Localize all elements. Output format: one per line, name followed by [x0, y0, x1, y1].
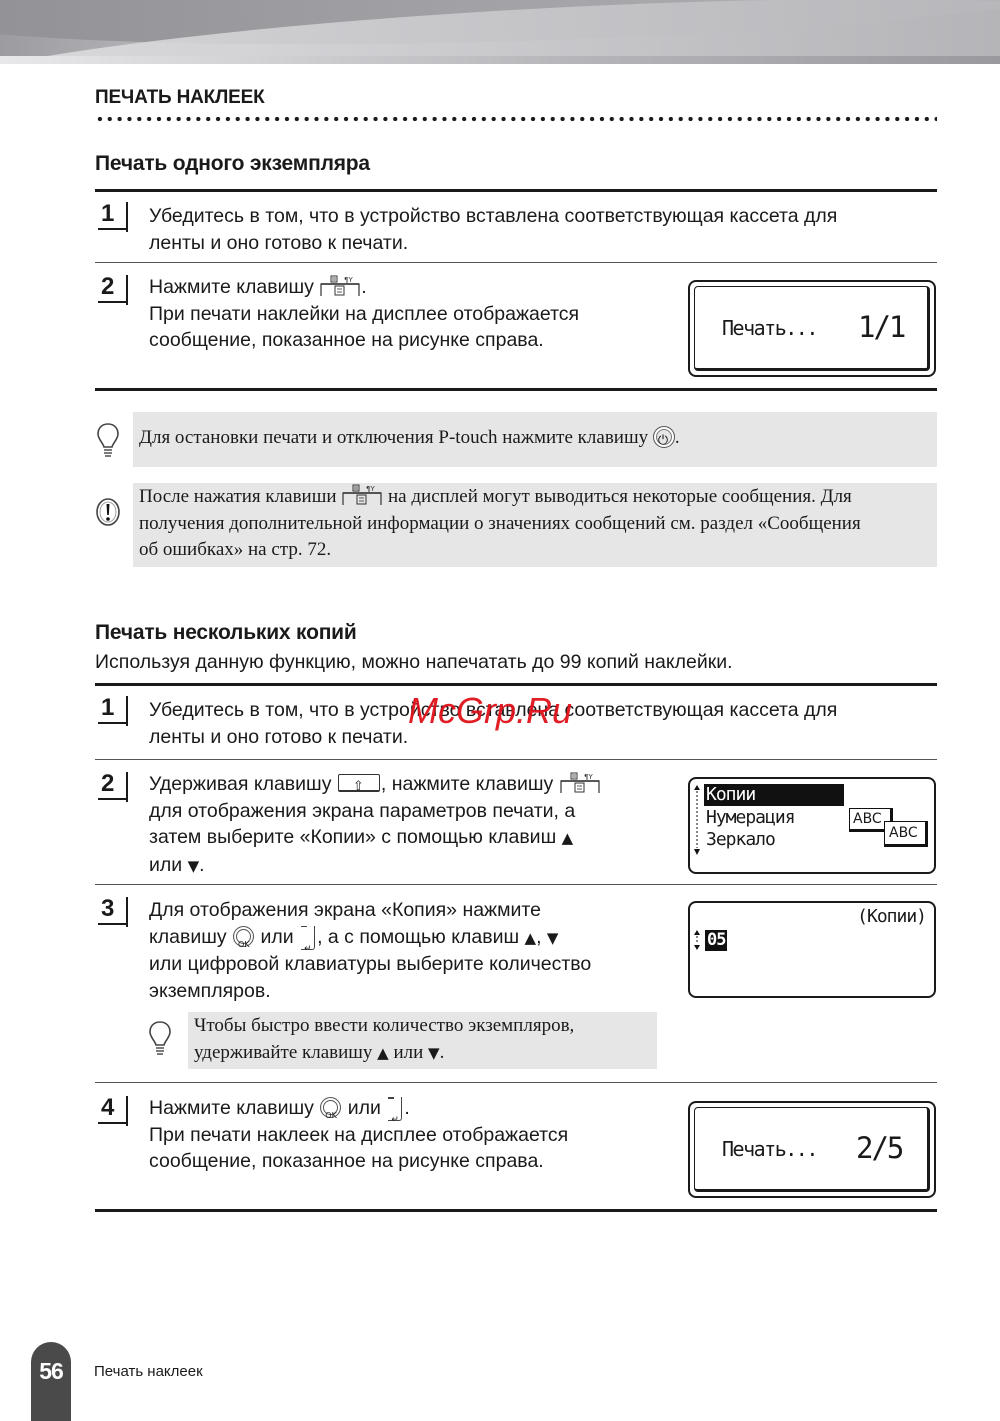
down-arrow-icon: ▼: [428, 1044, 440, 1062]
svg-text:¶Y: ¶Y: [366, 485, 375, 493]
step-line: Нажмите клавишу ¶Y .: [149, 274, 579, 301]
hint-note: Чтобы быстро ввести количество экземпляр…: [188, 1012, 657, 1069]
note-line: получения дополнительной информации о зн…: [139, 511, 931, 538]
scroll-indicator-icon: [693, 785, 701, 855]
exclamation-icon: [94, 497, 122, 532]
step-number: 1: [98, 696, 130, 726]
page-number: 56: [31, 1358, 71, 1385]
step-number: 3: [98, 897, 130, 927]
step-line: сообщение, показанное на рисунке справа.: [149, 1148, 568, 1175]
divider: [95, 884, 937, 885]
step-text: Нажмите клавишу ¶Y . При печати наклейки…: [149, 274, 579, 354]
ok-key-icon: [320, 1097, 341, 1118]
lightbulb-icon: [96, 422, 120, 465]
lcd-menu-item: Зеркало: [706, 829, 775, 851]
power-key-icon: [653, 426, 675, 448]
divider: [95, 1209, 937, 1212]
copies-value: 05: [705, 930, 727, 951]
step-number: 2: [98, 772, 130, 802]
updown-indicator-icon: [693, 930, 701, 950]
lcd-label: Печать...: [722, 1137, 817, 1161]
watermark: McGrp.Ru: [408, 690, 572, 732]
note-line: об ошибках» на стр. 72.: [139, 537, 931, 564]
step-number: 2: [98, 275, 130, 305]
caution-note: После нажатия клавиши ¶Y на дисплей могу…: [133, 483, 937, 567]
banner-decoration: [0, 56, 1000, 64]
lcd-display-print-progress: Печать... 2/5: [688, 1101, 936, 1198]
step-line: экземпляров.: [149, 978, 591, 1005]
note-line: Чтобы быстро ввести количество экземпляр…: [194, 1013, 651, 1040]
step-number: 1: [98, 202, 130, 232]
divider: [95, 1082, 937, 1083]
section-title-multiple-copies: Печать нескольких копий: [95, 621, 357, 645]
step-text: Убедитесь в том, что в устройство вставл…: [149, 203, 837, 256]
ok-key-icon: [233, 926, 254, 947]
enter-key-icon: [301, 926, 315, 950]
step-line: затем выберите «Копии» с помощью клавиш …: [149, 824, 601, 852]
up-arrow-icon: ▲: [562, 829, 574, 847]
lcd-counter: 1/1: [858, 310, 904, 344]
dotted-divider: [95, 116, 937, 122]
shift-key-icon: [338, 774, 380, 792]
divider: [95, 683, 937, 686]
step-line: При печати наклейки на дисплее отображае…: [149, 301, 579, 328]
step-text: Удерживая клавишу , нажмите клавишу ¶Y д…: [149, 771, 601, 879]
down-arrow-icon: ▼: [188, 857, 200, 875]
divider: [95, 189, 937, 192]
divider: [95, 388, 937, 391]
step-text: Для отображения экрана «Копия» нажмите к…: [149, 897, 591, 1004]
note-line: После нажатия клавиши ¶Y на дисплей могу…: [139, 484, 931, 511]
footer-section-name: Печать наклеек: [94, 1363, 203, 1380]
step-line: клавишу или , а с помощью клавиш ▲, ▼: [149, 924, 591, 952]
lcd-display-print-options: Копии Нумерация Зеркало ABC ABC: [688, 777, 936, 874]
lcd-counter: 2/5: [856, 1131, 902, 1165]
lcd-label: Печать...: [722, 316, 817, 340]
enter-key-icon: [388, 1097, 402, 1121]
section-title-single-copy: Печать одного экземпляра: [95, 152, 370, 176]
step-line: Удерживая клавишу , нажмите клавишу ¶Y: [149, 771, 601, 798]
svg-text:¶Y: ¶Y: [584, 773, 593, 781]
step-line: Для отображения экрана «Копия» нажмите: [149, 897, 591, 924]
divider: [95, 262, 937, 263]
lcd-menu-item: Нумерация: [706, 807, 795, 829]
hint-note: Для остановки печати и отключения P-touc…: [133, 412, 937, 467]
step-line: Нажмите клавишу или .: [149, 1095, 568, 1122]
label-preview: ABC: [884, 821, 928, 847]
note-line: удерживайте клавишу ▲ или ▼.: [194, 1040, 651, 1067]
header-banner: [0, 0, 1000, 64]
lightbulb-icon: [148, 1020, 172, 1063]
lcd-screen-title: (Копии): [857, 906, 926, 927]
print-key-icon: ¶Y: [560, 772, 600, 792]
svg-text:¶Y: ¶Y: [344, 276, 353, 284]
step-line: для отображения экрана параметров печати…: [149, 798, 601, 825]
step-line: или ▼.: [149, 852, 601, 880]
step-line: При печати наклеек на дисплее отображает…: [149, 1122, 568, 1149]
step-line: ленты и оно готово к печати.: [149, 230, 837, 257]
divider: [95, 759, 937, 760]
step-line: Убедитесь в том, что в устройство вставл…: [149, 203, 837, 230]
lcd-menu-item-selected: Копии: [704, 784, 844, 806]
step-number: 4: [98, 1096, 130, 1126]
step-line: или цифровой клавиатуры выберите количес…: [149, 951, 591, 978]
section-intro: Используя данную функцию, можно напечата…: [95, 651, 733, 674]
lcd-display-copies: (Копии) 05: [688, 901, 936, 998]
up-arrow-icon: ▲: [525, 929, 537, 947]
print-key-icon: ¶Y: [320, 275, 360, 295]
lcd-display-print-progress: Печать... 1/1: [688, 280, 936, 377]
up-arrow-icon: ▲: [377, 1044, 389, 1062]
down-arrow-icon: ▼: [547, 929, 559, 947]
step-line: сообщение, показанное на рисунке справа.: [149, 327, 579, 354]
step-text: Нажмите клавишу или . При печати наклеек…: [149, 1095, 568, 1175]
chapter-title: ПЕЧАТЬ НАКЛЕЕК: [95, 87, 265, 109]
print-key-icon: ¶Y: [342, 484, 382, 504]
